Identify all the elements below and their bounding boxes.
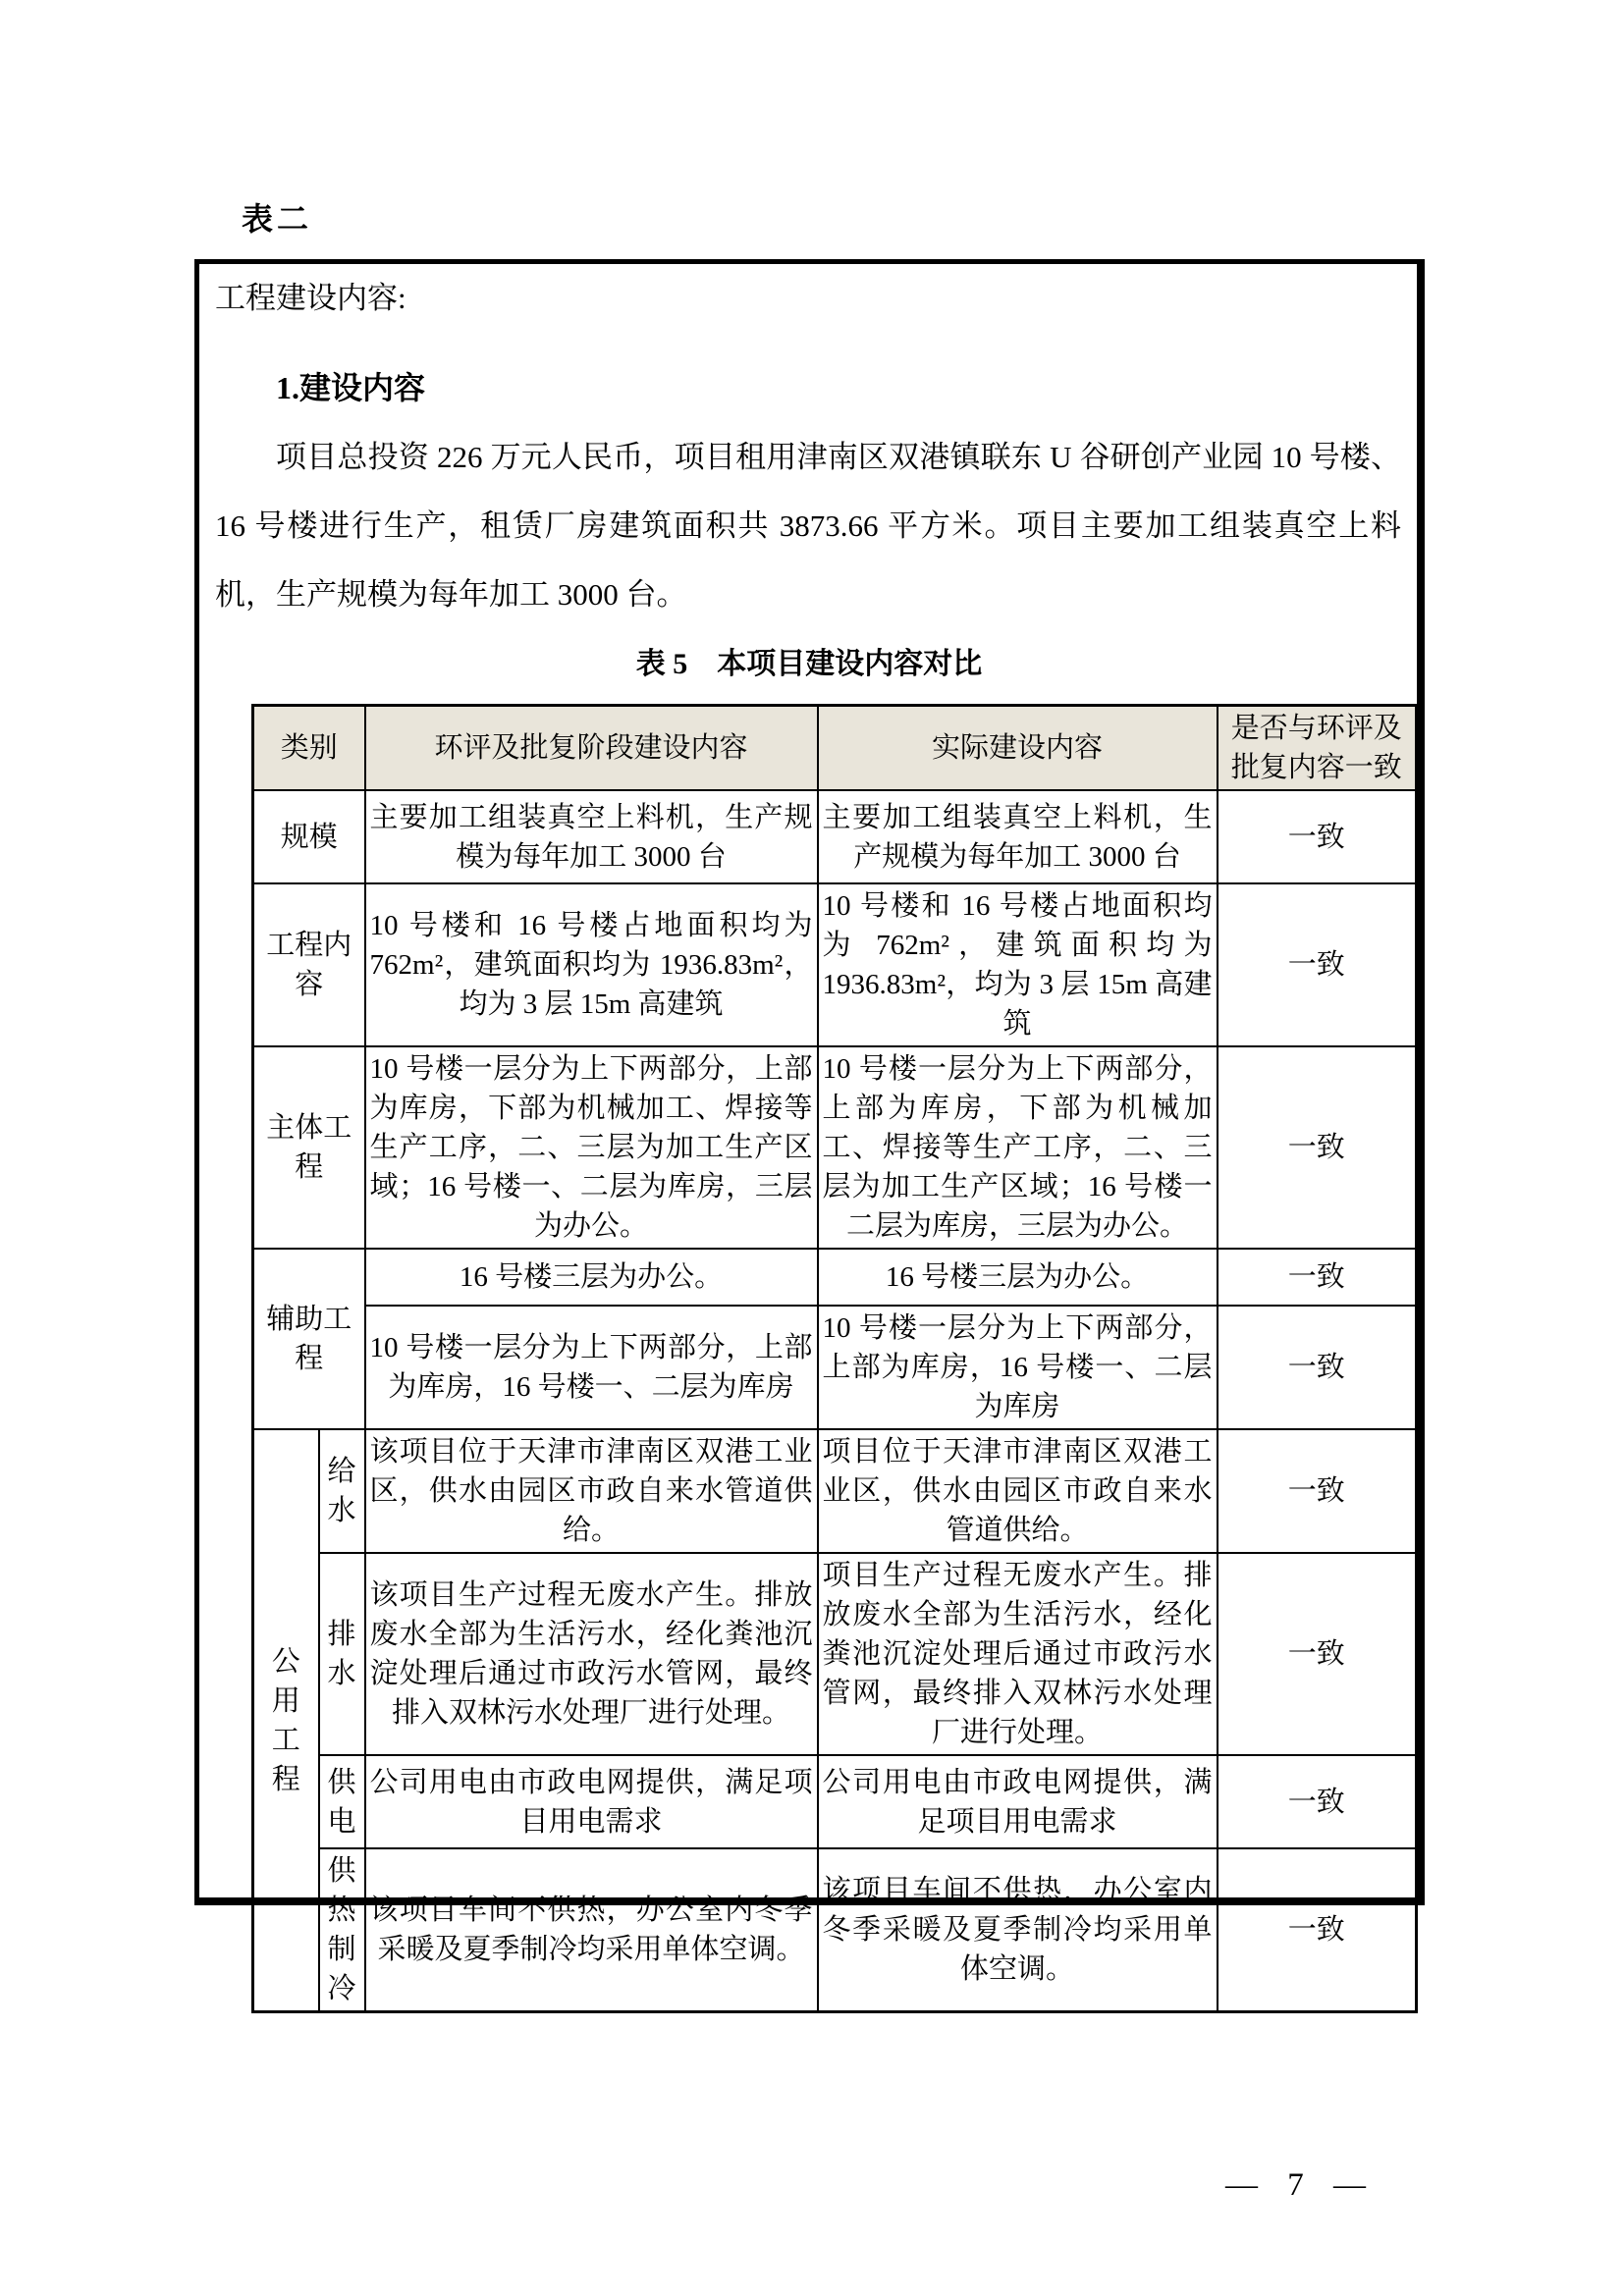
power-actual-cell: 公司用电由市政电网提供，满足项目用电需求 xyxy=(818,1755,1218,1848)
aux1-env-cell: 16 号楼三层为办公。 xyxy=(365,1249,818,1306)
scale-actual-cell: 主要加工组装真空上料机，生产规模为每年加工 3000 台 xyxy=(818,790,1218,883)
content-match-cell: 一致 xyxy=(1218,883,1417,1046)
table-title: 表 5 本项目建设内容对比 xyxy=(215,645,1403,684)
hvac-env-cell: 该项目车间不供热，办公室内冬季采暖及夏季制冷均采用单体空调。 xyxy=(365,1848,818,2012)
content-actual-cell: 10 号楼和 16 号楼占地面积均为 762m²，建筑面积均为 1936.83m… xyxy=(818,883,1218,1046)
table-row-aux-2: 10 号楼一层分为上下两部分，上部为库房，16 号楼一、二层为库房 10 号楼一… xyxy=(253,1306,1417,1429)
sub-label-hvac: 供热制冷 xyxy=(319,1848,365,2012)
page-number: — 7 — xyxy=(1225,2167,1366,2204)
water-actual-cell: 项目位于天津市津南区双港工业区，供水由园区市政自来水管道供给。 xyxy=(818,1429,1218,1553)
aux2-match-cell: 一致 xyxy=(1218,1306,1417,1429)
table-row-water-supply: 公用工程 给水 该项目位于天津市津南区双港工业区，供水由园区市政自来水管道供给。… xyxy=(253,1429,1417,1553)
power-env-cell: 公司用电由市政电网提供，满足项目用电需求 xyxy=(365,1755,818,1848)
header-env-stage: 环评及批复阶段建设内容 xyxy=(365,706,818,791)
page-tag: 表二 xyxy=(242,194,312,240)
row-label-main-works: 主体工程 xyxy=(253,1046,365,1249)
sub-label-water-supply: 给水 xyxy=(319,1429,365,1553)
row-label-utility-works: 公用工程 xyxy=(253,1429,319,2012)
table-row-scale: 规模 主要加工组装真空上料机，生产规模为每年加工 3000 台 主要加工组装真空… xyxy=(253,790,1417,883)
table-row-content: 工程内容 10 号楼和 16 号楼占地面积均为762m²，建筑面积均为 1936… xyxy=(253,883,1417,1046)
row-label-scale: 规模 xyxy=(253,790,365,883)
table-row-main-works: 主体工程 10 号楼一层分为上下两部分，上部为库房，下部为机械加工、焊接等生产工… xyxy=(253,1046,1417,1249)
comparison-table: 类别 环评及批复阶段建设内容 实际建设内容 是否与环评及批复内容一致 规模 主要… xyxy=(251,704,1418,2013)
aux1-actual-cell: 16 号楼三层为办公。 xyxy=(818,1249,1218,1306)
table-row-aux-1: 辅助工程 16 号楼三层为办公。 16 号楼三层为办公。 一致 xyxy=(253,1249,1417,1306)
aux1-match-cell: 一致 xyxy=(1218,1249,1417,1306)
main-works-match-cell: 一致 xyxy=(1218,1046,1417,1249)
table-row-drainage: 排水 该项目生产过程无废水产生。排放废水全部为生活污水，经化粪池沉淀处理后通过市… xyxy=(253,1553,1417,1755)
intro-paragraph: 项目总投资 226 万元人民币，项目租用津南区双港镇联东 U 谷研创产业园 10… xyxy=(215,423,1401,629)
header-actual: 实际建设内容 xyxy=(818,706,1218,791)
water-match-cell: 一致 xyxy=(1218,1429,1417,1553)
water-env-cell: 该项目位于天津市津南区双港工业区，供水由园区市政自来水管道供给。 xyxy=(365,1429,818,1553)
box-title: 工程建设内容: xyxy=(215,278,1403,319)
content-env-cell: 10 号楼和 16 号楼占地面积均为762m²，建筑面积均为 1936.83m²… xyxy=(365,883,818,1046)
drainage-match-cell: 一致 xyxy=(1218,1553,1417,1755)
header-row: 类别 环评及批复阶段建设内容 实际建设内容 是否与环评及批复内容一致 xyxy=(253,706,1417,791)
table-row-hvac: 供热制冷 该项目车间不供热，办公室内冬季采暖及夏季制冷均采用单体空调。 该项目车… xyxy=(253,1848,1417,2012)
section-heading: 1.建设内容 xyxy=(276,368,1403,407)
content-box: 工程建设内容: 1.建设内容 项目总投资 226 万元人民币，项目租用津南区双港… xyxy=(194,259,1425,1905)
drainage-env-cell: 该项目生产过程无废水产生。排放废水全部为生活污水，经化粪池沉淀处理后通过市政污水… xyxy=(365,1553,818,1755)
main-works-env-cell: 10 号楼一层分为上下两部分，上部为库房，下部为机械加工、焊接等生产工序，二、三… xyxy=(365,1046,818,1249)
power-match-cell: 一致 xyxy=(1218,1755,1417,1848)
aux2-env-cell: 10 号楼一层分为上下两部分，上部为库房，16 号楼一、二层为库房 xyxy=(365,1306,818,1429)
header-category: 类别 xyxy=(253,706,365,791)
aux2-actual-cell: 10 号楼一层分为上下两部分，上部为库房，16 号楼一、二层为库房 xyxy=(818,1306,1218,1429)
scale-env-cell: 主要加工组装真空上料机，生产规模为每年加工 3000 台 xyxy=(365,790,818,883)
header-consistency: 是否与环评及批复内容一致 xyxy=(1218,706,1417,791)
hvac-actual-cell: 该项目车间不供热，办公室内冬季采暖及夏季制冷均采用单体空调。 xyxy=(818,1848,1218,2012)
table-row-power-supply: 供电 公司用电由市政电网提供，满足项目用电需求 公司用电由市政电网提供，满足项目… xyxy=(253,1755,1417,1848)
drainage-actual-cell: 项目生产过程无废水产生。排放废水全部为生活污水，经化粪池沉淀处理后通过市政污水管… xyxy=(818,1553,1218,1755)
sub-label-power-supply: 供电 xyxy=(319,1755,365,1848)
sub-label-drainage: 排水 xyxy=(319,1553,365,1755)
main-works-actual-cell: 10 号楼一层分为上下两部分，上部为库房，下部为机械加工、焊接等生产工序，二、三… xyxy=(818,1046,1218,1249)
hvac-match-cell: 一致 xyxy=(1218,1848,1417,2012)
scale-match-cell: 一致 xyxy=(1218,790,1417,883)
row-label-aux-works: 辅助工程 xyxy=(253,1249,365,1429)
row-label-content: 工程内容 xyxy=(253,883,365,1046)
document-page: 表二 工程建设内容: 1.建设内容 项目总投资 226 万元人民币，项目租用津南… xyxy=(0,0,1624,2296)
